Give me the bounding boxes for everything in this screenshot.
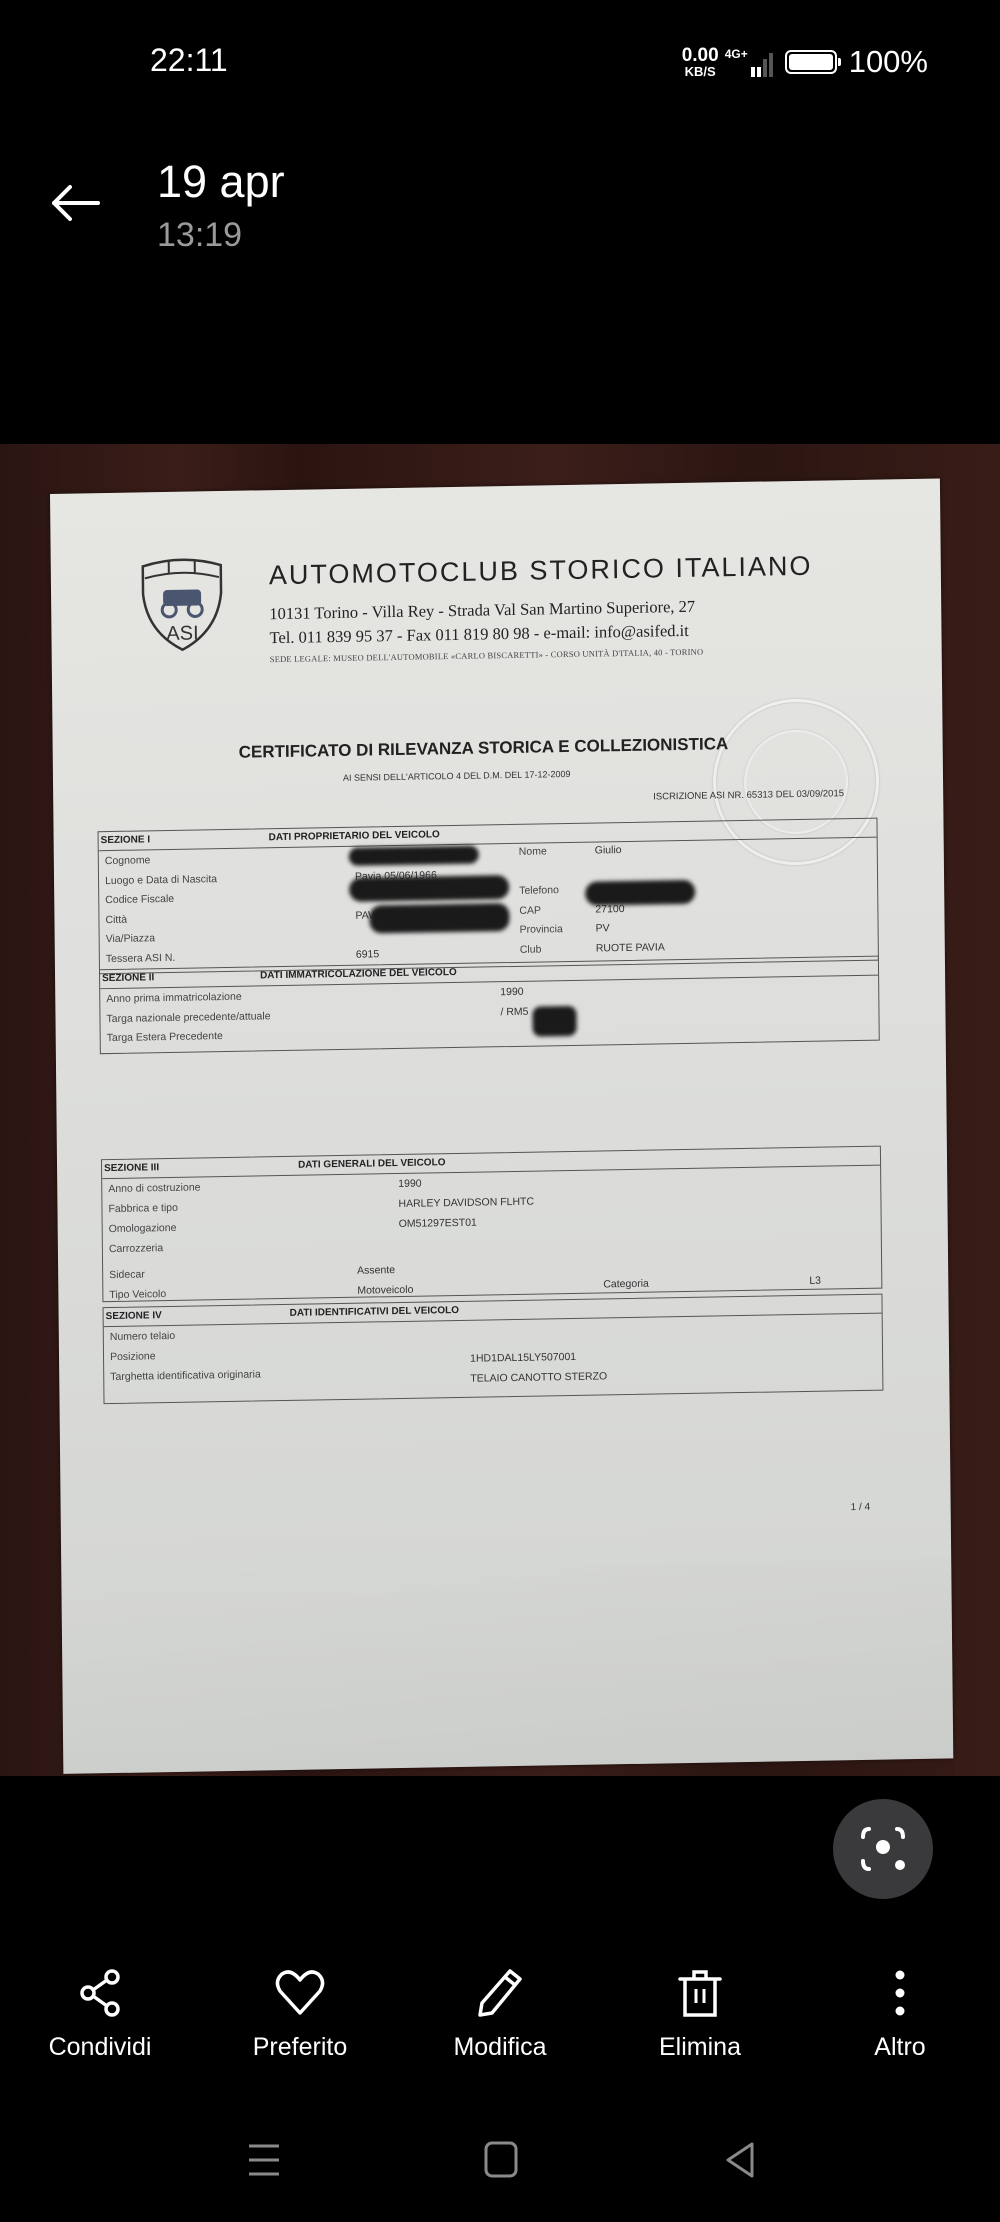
- svg-text:ASI: ASI: [166, 622, 198, 645]
- field-value: 1HD1DAL15LY507001: [470, 1351, 576, 1365]
- recents-button[interactable]: [240, 2140, 290, 2180]
- field-label: Cognome: [105, 854, 151, 867]
- field-label: Sidecar: [109, 1268, 145, 1281]
- section-number: SEZIONE III: [104, 1162, 159, 1174]
- section-title: DATI IDENTIFICATIVI DEL VEICOLO: [290, 1305, 460, 1319]
- category-value: L3: [809, 1275, 821, 1287]
- square-home-icon: [476, 2140, 526, 2180]
- field-label: Targhetta identificativa originaria: [110, 1368, 261, 1383]
- field-label: Carrozzeria: [109, 1242, 163, 1255]
- org-legal-seat: SEDE LEGALE: MUSEO DELL'AUTOMOBILE «CARL…: [270, 647, 704, 665]
- delete-label: Elimina: [659, 2033, 741, 2062]
- section-title: DATI GENERALI DEL VEICOLO: [298, 1157, 446, 1171]
- favorite-label: Preferito: [253, 2033, 347, 2062]
- visual-search-lens-icon: [833, 1799, 933, 1899]
- field-value: TELAIO CANOTTO STERZO: [470, 1370, 607, 1384]
- trash-icon: [672, 1965, 728, 2021]
- org-contacts: Tel. 011 839 95 37 - Fax 011 819 80 98 -…: [269, 621, 688, 648]
- edit-label: Modifica: [453, 2033, 546, 2062]
- field-label: Numero telaio: [110, 1330, 175, 1343]
- field-label: Città: [105, 913, 127, 925]
- favorite-button[interactable]: Preferito: [200, 1965, 400, 2085]
- field-label: CAP: [519, 904, 541, 916]
- field-value: RUOTE PAVIA: [596, 941, 665, 954]
- photo-date: 19 apr: [157, 156, 285, 208]
- asi-logo-icon: ASI: [137, 553, 228, 655]
- more-label: Altro: [874, 2033, 925, 2062]
- battery-icon: [785, 50, 837, 74]
- field-label: Omologazione: [109, 1222, 177, 1235]
- certificate-document: ASI AUTOMOTOCLUB STORICO ITALIANO 10131 …: [50, 478, 953, 1773]
- section-number: SEZIONE II: [102, 972, 154, 984]
- field-label: Tessera ASI N.: [106, 951, 176, 964]
- field-value: 1990: [500, 986, 523, 998]
- section-owner: SEZIONE I DATI PROPRIETARIO DEL VEICOLO …: [98, 818, 879, 975]
- status-time: 22:11: [150, 42, 228, 79]
- org-address: 10131 Torino - Villa Rey - Strada Val Sa…: [269, 597, 695, 624]
- more-button[interactable]: Altro: [800, 1965, 1000, 2085]
- field-label: Anno prima immatricolazione: [106, 991, 241, 1005]
- field-label: Fabbrica e tipo: [108, 1202, 178, 1215]
- field-label: Tipo Veicolo: [109, 1288, 166, 1301]
- section-general: SEZIONE III DATI GENERALI DEL VEICOLO Ca…: [101, 1146, 882, 1303]
- share-button[interactable]: Condividi: [0, 1965, 200, 2085]
- home-button[interactable]: [476, 2140, 526, 2180]
- section-number: SEZIONE I: [101, 834, 151, 846]
- field-value: OM51297EST01: [399, 1217, 477, 1230]
- field-value: / RM5: [500, 1005, 528, 1017]
- status-bar: 22:11 0.00 KB/S 4G+ 100%: [0, 0, 1000, 120]
- certificate-subtitle: AI SENSI DELL'ARTICOLO 4 DEL D.M. DEL 17…: [343, 769, 571, 783]
- field-label: Telefono: [519, 884, 559, 897]
- pencil-icon: [472, 1965, 528, 2021]
- field-value: Motoveicolo: [357, 1284, 413, 1297]
- photo-viewer[interactable]: ASI AUTOMOTOCLUB STORICO ITALIANO 10131 …: [0, 444, 1000, 1776]
- page-number: 1 / 4: [851, 1502, 871, 1513]
- share-label: Condividi: [49, 2033, 152, 2062]
- section-title: DATI IMMATRICOLAZIONE DEL VEICOLO: [260, 967, 457, 981]
- photo-time: 13:19: [157, 216, 242, 255]
- nav-back-button[interactable]: [716, 2140, 766, 2180]
- field-value: 1990: [398, 1178, 421, 1190]
- triangle-back-icon: [716, 2140, 766, 2180]
- network-speed: 0.00 KB/S: [682, 46, 719, 78]
- certificate-title: CERTIFICATO DI RILEVANZA STORICA E COLLE…: [239, 734, 729, 763]
- field-label: Codice Fiscale: [105, 893, 174, 906]
- section-identification: SEZIONE IV DATI IDENTIFICATIVI DEL VEICO…: [103, 1294, 884, 1405]
- section-registration: SEZIONE II DATI IMMATRICOLAZIONE DEL VEI…: [99, 956, 880, 1055]
- visual-search-button[interactable]: [833, 1799, 933, 1899]
- field-value: Assente: [357, 1264, 395, 1277]
- field-label: Via/Piazza: [106, 932, 156, 945]
- system-nav-bar: [0, 2130, 1000, 2190]
- network-speed-value: 0.00: [682, 46, 719, 65]
- network-type: 4G+: [725, 47, 748, 61]
- viewer-header: 19 apr 13:19: [0, 140, 1000, 260]
- section-number: SEZIONE IV: [106, 1310, 162, 1322]
- field-value: PV: [596, 922, 610, 934]
- photo-action-bar: Condividi Preferito Modifica Elimina Alt…: [0, 1965, 1000, 2085]
- heart-icon: [272, 1965, 328, 2021]
- network-speed-unit: KB/S: [685, 65, 716, 78]
- field-value: 6915: [356, 948, 379, 960]
- field-value: Giulio: [595, 844, 622, 856]
- signal-icon: 4G+: [725, 47, 773, 77]
- field-label: Posizione: [110, 1350, 156, 1363]
- back-button[interactable]: [48, 178, 108, 228]
- section-title: DATI PROPRIETARIO DEL VEICOLO: [269, 829, 440, 843]
- field-value: HARLEY DAVIDSON FLHTC: [398, 1196, 534, 1210]
- field-label: Nome: [519, 845, 547, 857]
- arrow-left-icon: [48, 178, 104, 228]
- battery-percent: 100%: [849, 44, 928, 80]
- share-icon: [72, 1965, 128, 2021]
- delete-button[interactable]: Elimina: [600, 1965, 800, 2085]
- org-name: AUTOMOTOCLUB STORICO ITALIANO: [269, 551, 813, 591]
- field-label: Targa Estera Precedente: [107, 1030, 223, 1044]
- field-label: Anno di costruzione: [108, 1181, 200, 1195]
- category-label: Categoria: [603, 1278, 649, 1291]
- field-label: Luogo e Data di Nascita: [105, 873, 217, 887]
- field-label: Provincia: [520, 923, 563, 936]
- more-vertical-icon: [872, 1965, 928, 2021]
- edit-button[interactable]: Modifica: [400, 1965, 600, 2085]
- field-label: Targa nazionale precedente/attuale: [106, 1010, 270, 1025]
- status-indicators: 0.00 KB/S 4G+ 100%: [682, 44, 928, 80]
- field-label: Club: [520, 943, 542, 955]
- menu-lines-icon: [240, 2140, 290, 2180]
